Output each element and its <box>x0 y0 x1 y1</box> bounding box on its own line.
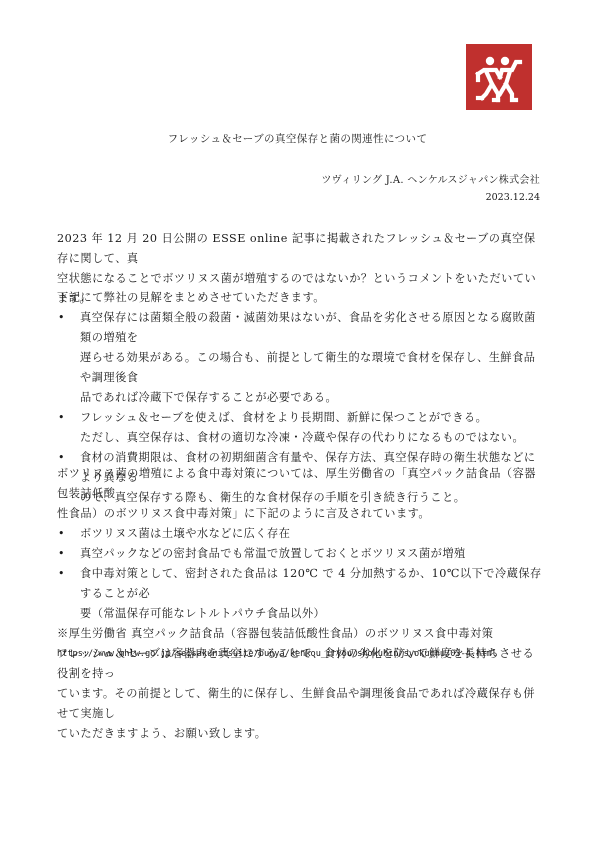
text-line: ボツリヌス菌の増殖による食中毒対策については、厚生労働省の「真空パック詰食品（容… <box>57 464 542 504</box>
text-line: 真空保存には菌類全般の殺菌・滅菌効果はないが、食品を劣化させる原因となる腐敗菌類… <box>80 308 542 348</box>
list-item: 真空パックなどの密封食品でも常温で放置しておくとボツリヌス菌が増殖 <box>57 544 542 564</box>
text-line: ただし、真空保存は、食材の適切な冷凍・冷蔵や保存の代わりになるものではない。 <box>80 428 542 448</box>
text-line: ていただきますよう、お願い致します。 <box>57 724 542 744</box>
company-name: ツヴィリング J.A. ヘンケルスジャパン株式会社 <box>321 171 540 186</box>
list-item: 真空保存には菌類全般の殺菌・滅菌効果はないが、食品を劣化させる原因となる腐敗菌類… <box>57 308 542 408</box>
text-line: 要（常温保存可能なレトルトパウチ食品以外） <box>80 604 542 624</box>
text-line: フレッシュ＆セーブは容器内を真空にすることで、食材の劣化を防いで鮮度を長持ちさせ… <box>57 644 542 684</box>
botulinum-section: ボツリヌス菌の増殖による食中毒対策については、厚生労働省の「真空パック詰食品（容… <box>57 464 542 664</box>
text-line: フレッシュ＆セーブを使えば、食材をより長期間、新鮮に保つことができる。 <box>80 408 542 428</box>
section-heading: 下記にて弊社の見解をまとめさせていただきます。 <box>57 288 542 308</box>
text-line: 性食品）のボツリヌス食中毒対策」に下記のように言及されています。 <box>57 504 542 524</box>
brand-logo <box>466 44 532 110</box>
list-item: ボツリヌス菌は土壌や水などに広く存在 <box>57 524 542 544</box>
list-item: 食中毒対策として、密封された食品は 120℃ で 4 分加熱するか、10℃以下で… <box>57 564 542 624</box>
text-line: ボツリヌス菌は土壌や水などに広く存在 <box>80 524 542 544</box>
text-line: 2023 年 12 月 20 日公開の ESSE online 記事に掲載された… <box>57 229 542 269</box>
document-date: 2023.12.24 <box>486 192 540 203</box>
document-title: フレッシュ＆セーブの真空保存と菌の関連性について <box>0 131 595 146</box>
source-note: ※厚生労働省 真空パック詰食品（容器包装詰低酸性食品）のボツリヌス食中毒対策 <box>57 624 542 644</box>
closing-paragraph: フレッシュ＆セーブは容器内を真空にすることで、食材の劣化を防いで鮮度を長持ちさせ… <box>57 644 542 744</box>
list-item: フレッシュ＆セーブを使えば、食材をより長期間、新鮮に保つことができる。 ただし、… <box>57 408 542 448</box>
text-line: 遅らせる効果がある。この場合も、前提として衛生的な環境で食材を保存し、生鮮食品や… <box>80 348 542 388</box>
text-line: ています。その前提として、衛生的に保存し、生鮮食品や調理後食品であれば冷蔵保存も… <box>57 684 542 724</box>
twin-figures-icon <box>466 44 532 110</box>
text-line: 真空パックなどの密封食品でも常温で放置しておくとボツリヌス菌が増殖 <box>80 544 542 564</box>
text-line: 品であれば冷蔵下で保存することが必要である。 <box>80 388 542 408</box>
text-line: 食中毒対策として、密封された食品は 120℃ で 4 分加熱するか、10℃以下で… <box>80 564 542 604</box>
botulinum-bullet-list: ボツリヌス菌は土壌や水などに広く存在 真空パックなどの密封食品でも常温で放置して… <box>57 524 542 624</box>
